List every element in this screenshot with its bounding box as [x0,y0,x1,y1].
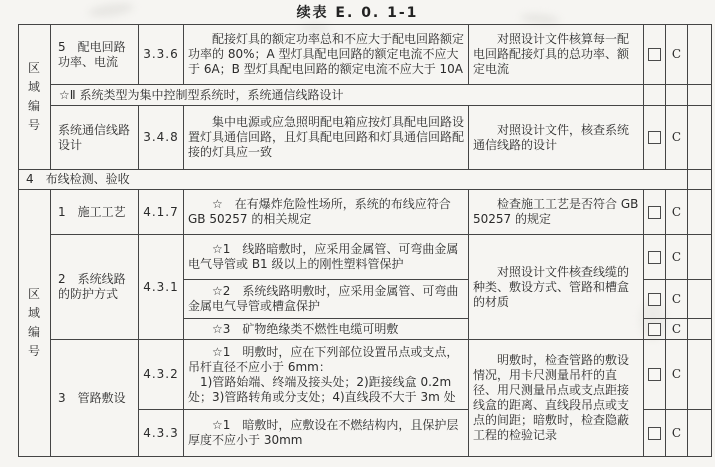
remark-cell [688,280,712,319]
remark-cell [688,170,712,190]
checkbox-cell [644,280,666,319]
requirement-text: ☆3 矿物绝缘类不燃性电缆可明敷 [188,322,464,337]
result-cell: C [666,319,688,340]
item-cell: 5 配电回路功率、电流 [51,25,139,85]
checklist-table: 区域编号 5 配电回路功率、电流 3.3.6 配接灯具的额定功率总和不应大于配电… [18,24,712,457]
checkbox-icon[interactable] [648,251,661,264]
method-cell: 检查施工工艺是否符合 GB 50257 的规定 [469,190,644,235]
clause-cell: 3.3.6 [139,25,184,85]
clause-cell: 3.4.8 [139,106,184,170]
checkbox-cell [644,410,666,457]
requirement-text: 1)管路始端、终端及接头处；2)距接线盒 0.2m 处；3)管路转角或分支处；4… [188,375,464,405]
item-cell: 3 管路敷设 [51,340,139,457]
table-row: ☆Ⅱ 系统类型为集中控制型系统时，系统通信线路设计 [19,85,712,106]
remark-cell [688,85,712,106]
requirement-text: ☆1 线路暗敷时，应采用金属管、可弯曲金属电气导管或 B1 级以上的刚性塑料管保… [188,242,464,272]
checkbox-icon[interactable] [648,131,661,144]
result-cell: C [666,190,688,235]
checkbox-icon[interactable] [648,48,661,61]
method-text: 检查施工工艺是否符合 GB 50257 的规定 [473,197,639,227]
method-cell: 对照设计文件核查线缆的种类、敷设方式、管路和槽盒的材质 [469,235,644,340]
remark-cell [688,340,712,410]
requirement-text: 集中电源或应急照明配电箱应按灯具配电回路设置灯具通信回路，且灯具配电回路和灯具通… [188,115,464,160]
requirement-text: ☆2 系统线路明敷时，应采用金属管、可弯曲金属电气导管或槽盒保护 [188,284,464,314]
table-row: 系统通信线路设计 3.4.8 集中电源或应急照明配电箱应按灯具配电回路设置灯具通… [19,106,712,170]
requirement-text: ☆1 明敷时，应在下列部位设置吊点或支点，吊杆直径不应小于 6mm： [188,345,464,375]
result-cell: C [666,340,688,410]
checkbox-cell [644,235,666,280]
checkbox-icon[interactable] [648,206,661,219]
remark-cell [688,235,712,280]
result-cell: C [666,235,688,280]
remark-cell [688,410,712,457]
clause-cell: 4.3.1 [139,235,184,340]
method-cell: 明敷时，检查管路的敷设情况，用卡尺测量吊杆的直径、用尺测量吊点或支点距接线盒的距… [469,340,644,457]
clause-cell: 4.1.7 [139,190,184,235]
clause-cell: 4.3.3 [139,410,184,457]
method-text: 对照设计文件，核查系统通信线路的设计 [473,123,639,153]
result-cell: C [666,25,688,85]
region-header-top: 区域编号 [19,25,51,170]
requirement-cell: ☆2 系统线路明敷时，应采用金属管、可弯曲金属电气导管或槽盒保护 [184,280,469,319]
requirement-cell: ☆1 明敷时，应在下列部位设置吊点或支点，吊杆直径不应小于 6mm： 1)管路始… [184,340,469,410]
checkbox-cell [644,106,666,170]
checkbox-cell [644,319,666,340]
requirement-cell: 集中电源或应急照明配电箱应按灯具配电回路设置灯具通信回路，且灯具配电回路和灯具通… [184,106,469,170]
checkbox-icon[interactable] [648,368,661,381]
checkbox-icon[interactable] [648,323,661,336]
requirement-text: 配接灯具的额定功率总和不应大于配电回路额定功率的 80%；A 型灯具配电回路的额… [188,32,464,77]
result-cell: C [666,280,688,319]
table-row: 3 管路敷设 4.3.2 ☆1 明敷时，应在下列部位设置吊点或支点，吊杆直径不应… [19,340,712,410]
item-cell: 1 施工工艺 [51,190,139,235]
requirement-cell: ☆3 矿物绝缘类不燃性电缆可明敷 [184,319,469,340]
region-header-bottom: 区域编号 [19,190,51,457]
requirement-cell: 配接灯具的额定功率总和不应大于配电回路额定功率的 80%；A 型灯具配电回路的额… [184,25,469,85]
method-text: 对照设计文件核查线缆的种类、敷设方式、管路和槽盒的材质 [473,265,639,310]
section-header-row: 4 布线检测、验收 [19,170,688,190]
checkbox-cell [644,340,666,410]
table-row: 区域编号 5 配电回路功率、电流 3.3.6 配接灯具的额定功率总和不应大于配电… [19,25,712,85]
item-cell: 2 系统线路的防护方式 [51,235,139,340]
method-cell: 对照设计文件核算每一配电回路配接灯具的总功率、额定电流 [469,25,644,85]
result-cell: C [666,410,688,457]
requirement-cell: ☆ 在有爆炸危险性场所，系统的布线应符合 GB 50257 的相关规定 [184,190,469,235]
clause-cell: 4.3.2 [139,340,184,410]
remark-cell [688,25,712,85]
page-title: 续表 E. 0. 1-1 [0,2,715,22]
requirement-text: ☆1 暗敷时，应敷设在不燃结构内，且保护层厚度不应小于 30mm [188,418,464,448]
table-row: 2 系统线路的防护方式 4.3.1 ☆1 线路暗敷时，应采用金属管、可弯曲金属电… [19,235,712,280]
remark-cell [688,319,712,340]
requirement-cell: ☆1 线路暗敷时，应采用金属管、可弯曲金属电气导管或 B1 级以上的刚性塑料管保… [184,235,469,280]
item-cell: 系统通信线路设计 [51,106,139,170]
result-cell: C [666,106,688,170]
requirement-cell: ☆1 暗敷时，应敷设在不燃结构内，且保护层厚度不应小于 30mm [184,410,469,457]
checkbox-icon[interactable] [648,427,661,440]
remark-cell [688,106,712,170]
remark-cell [688,190,712,235]
checkbox-cell [644,25,666,85]
checkbox-icon[interactable] [648,293,661,306]
scanned-page: 续表 E. 0. 1-1 区域编号 5 配电回路功率、电流 3.3.6 配接灯具… [0,0,715,467]
checkbox-cell [644,85,666,106]
requirement-text: ☆ 在有爆炸危险性场所，系统的布线应符合 GB 50257 的相关规定 [188,197,464,227]
method-cell: 对照设计文件，核查系统通信线路的设计 [469,106,644,170]
star-note-row: ☆Ⅱ 系统类型为集中控制型系统时，系统通信线路设计 [51,85,644,106]
result-cell [666,85,688,106]
method-text: 对照设计文件核算每一配电回路配接灯具的总功率、额定电流 [473,32,639,77]
table-row: 4 布线检测、验收 [19,170,712,190]
method-text: 明敷时，检查管路的敷设情况，用卡尺测量吊杆的直径、用尺测量吊点或支点距接线盒的距… [473,353,639,443]
checkbox-cell [644,190,666,235]
table-row: 区域编号 1 施工工艺 4.1.7 ☆ 在有爆炸危险性场所，系统的布线应符合 G… [19,190,712,235]
